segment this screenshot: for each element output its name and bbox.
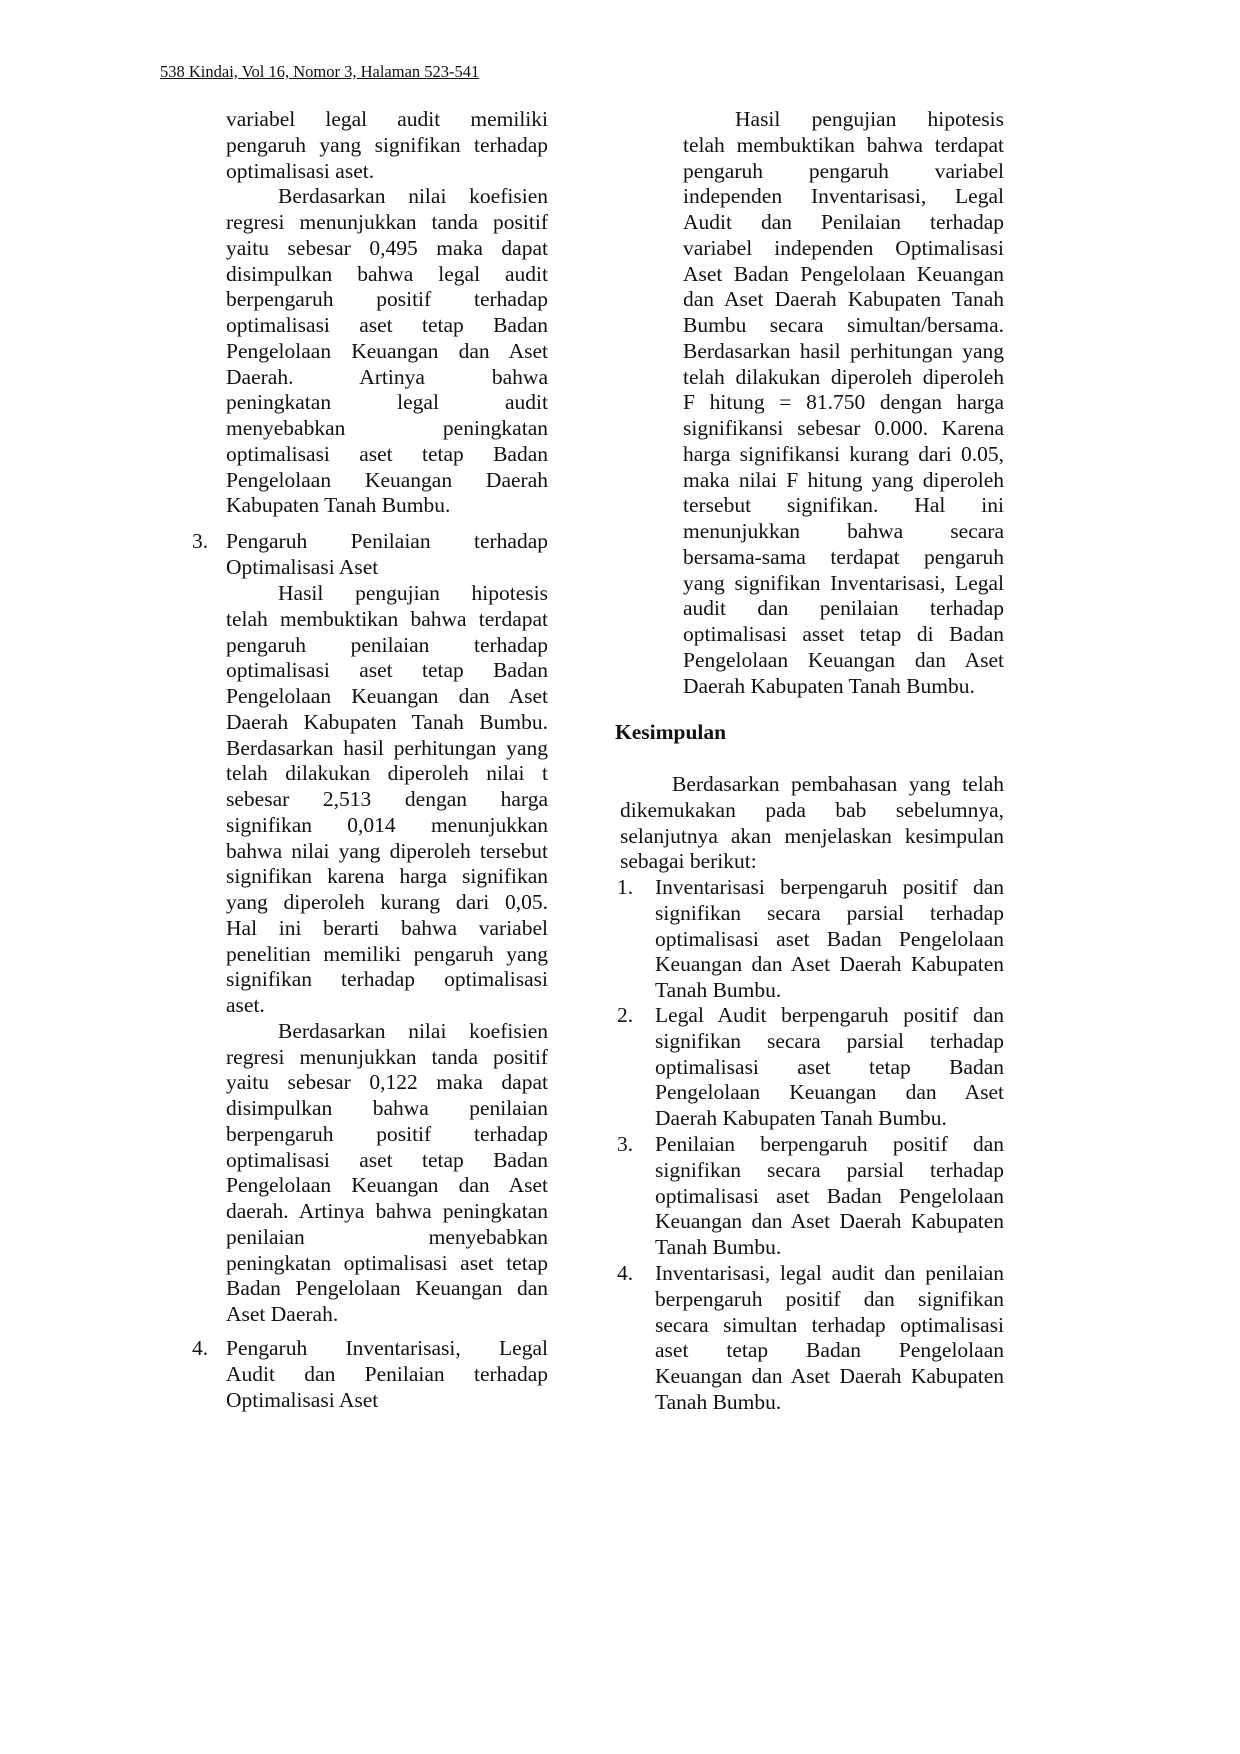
text-line: dikemukakan pada bab sebelumnya, — [620, 798, 1004, 824]
text-line: signifikansi sebesar 0.000. Karena — [683, 416, 1004, 442]
text-line: berpengaruh positif terhadap — [226, 287, 548, 313]
text-line: Daerah. Artinya bahwa — [226, 365, 548, 391]
list-number: 3. — [192, 529, 208, 555]
text-line: Audit dan Penilaian terhadap — [226, 1362, 548, 1388]
text-line: independen Inventarisasi, Legal — [683, 184, 1004, 210]
text-line: Pengaruh Penilaian terhadap — [226, 529, 548, 555]
conclusion-item-3: Penilaian berpengaruh positif dansignifi… — [655, 1132, 1004, 1261]
text-line: Aset Badan Pengelolaan Keuangan — [683, 262, 1004, 288]
text-line: signifikan karena harga signifikan — [226, 864, 548, 890]
text-line: yang signifikan Inventarisasi, Legal — [683, 571, 1004, 597]
text-line: Pengelolaan Keuangan Daerah — [226, 468, 548, 494]
text-line: Pengaruh Inventarisasi, Legal — [226, 1336, 548, 1362]
text-line: variabel legal audit memiliki — [226, 107, 548, 133]
text-line: signifikan secara parsial terhadap — [655, 901, 1004, 927]
text-line: Pengelolaan Keuangan dan Aset — [226, 339, 548, 365]
text-line: Pengelolaan Keuangan dan Aset — [226, 684, 548, 710]
text-line: signifikan 0,014 menunjukkan — [226, 813, 548, 839]
text-line: penelitian memiliki pengaruh yang — [226, 942, 548, 968]
text-line: disimpulkan bahwa legal audit — [226, 262, 548, 288]
text-line: optimalisasi aset Badan Pengelolaan — [655, 1184, 1004, 1210]
text-line: tersebut signifikan. Hal ini — [683, 493, 1004, 519]
text-line: regresi menunjukkan tanda positif — [226, 1045, 548, 1071]
text-line: optimalisasi aset tetap Badan — [226, 1148, 548, 1174]
text-line: Tanah Bumbu. — [655, 1235, 1004, 1261]
text-line: Keuangan dan Aset Daerah Kabupaten — [655, 952, 1004, 978]
text-line: yaitu sebesar 0,122 maka dapat — [226, 1070, 548, 1096]
text-line: Berdasarkan nilai koefisien — [226, 184, 548, 210]
text-line: Keuangan dan Aset Daerah Kabupaten — [655, 1209, 1004, 1235]
text-line: Daerah Kabupaten Tanah Bumbu. — [683, 674, 1004, 700]
left-continuation: variabel legal audit memilikipengaruh ya… — [226, 107, 548, 519]
text-line: Legal Audit berpengaruh positif dan — [655, 1003, 1004, 1029]
text-line: variabel independen Optimalisasi — [683, 236, 1004, 262]
right-continuation: Hasil pengujian hipotesistelah membuktik… — [683, 107, 1004, 699]
text-line: telah membuktikan bahwa terdapat — [683, 133, 1004, 159]
text-line: F hitung = 81.750 dengan harga — [683, 390, 1004, 416]
text-line: aset. — [226, 993, 548, 1019]
text-line: Tanah Bumbu. — [655, 1390, 1004, 1416]
list-number: 4. — [192, 1336, 208, 1362]
running-head: 538 Kindai, Vol 16, Nomor 3, Halaman 523… — [160, 62, 479, 82]
text-line: regresi menunjukkan tanda positif — [226, 210, 548, 236]
list-number: 3. — [617, 1132, 633, 1158]
text-line: yang diperoleh kurang dari 0,05. — [226, 890, 548, 916]
text-line: selanjutnya akan menjelaskan kesimpulan — [620, 824, 1004, 850]
item3-body: Hasil pengujian hipotesistelah membuktik… — [226, 581, 548, 1328]
text-line: aset tetap Badan Pengelolaan — [655, 1338, 1004, 1364]
text-line: maka nilai F hitung yang diperoleh — [683, 468, 1004, 494]
text-line: penilaian menyebabkan — [226, 1225, 548, 1251]
text-line: menunjukkan bahwa secara — [683, 519, 1004, 545]
conclusion-item-2: Legal Audit berpengaruh positif dansigni… — [655, 1003, 1004, 1132]
item4-title: Pengaruh Inventarisasi, LegalAudit dan P… — [226, 1336, 548, 1413]
text-line: menyebabkan peningkatan — [226, 416, 548, 442]
text-line: dan Aset Daerah Kabupaten Tanah — [683, 287, 1004, 313]
text-line: bersama-sama terdapat pengaruh — [683, 545, 1004, 571]
text-line: audit dan penilaian terhadap — [683, 596, 1004, 622]
text-line: signifikan secara parsial terhadap — [655, 1158, 1004, 1184]
text-line: telah membuktikan bahwa terdapat — [226, 607, 548, 633]
text-line: Audit dan Penilaian terhadap — [683, 210, 1004, 236]
text-line: Keuangan dan Aset Daerah Kabupaten — [655, 1364, 1004, 1390]
text-line: Inventarisasi, legal audit dan penilaian — [655, 1261, 1004, 1287]
conclusion-item-4: Inventarisasi, legal audit dan penilaian… — [655, 1261, 1004, 1416]
text-line: berpengaruh positif terhadap — [226, 1122, 548, 1148]
text-line: optimalisasi aset tetap Badan — [655, 1055, 1004, 1081]
text-line: harga signifikansi kurang dari 0.05, — [683, 442, 1004, 468]
text-line: Badan Pengelolaan Keuangan dan — [226, 1276, 548, 1302]
item3-title: Pengaruh Penilaian terhadapOptimalisasi … — [226, 529, 548, 581]
text-line: Daerah Kabupaten Tanah Bumbu. — [655, 1106, 1004, 1132]
text-line: telah dilakukan diperoleh diperoleh — [683, 365, 1004, 391]
text-line: Berdasarkan hasil perhitungan yang — [226, 736, 548, 762]
text-line: yaitu sebesar 0,495 maka dapat — [226, 236, 548, 262]
text-line: Berdasarkan hasil perhitungan yang — [683, 339, 1004, 365]
text-line: optimalisasi aset tetap Badan — [226, 442, 548, 468]
text-line: signifikan terhadap optimalisasi — [226, 967, 548, 993]
text-line: Optimalisasi Aset — [226, 555, 548, 581]
text-line: telah dilakukan diperoleh nilai t — [226, 761, 548, 787]
text-line: Pengelolaan Keuangan dan Aset — [655, 1080, 1004, 1106]
text-line: Aset Daerah. — [226, 1302, 548, 1328]
text-line: optimalisasi aset Badan Pengelolaan — [655, 927, 1004, 953]
text-line: pengaruh yang signifikan terhadap — [226, 133, 548, 159]
text-line: peningkatan legal audit — [226, 390, 548, 416]
text-line: pengaruh penilaian terhadap — [226, 633, 548, 659]
text-line: peningkatan optimalisasi aset tetap — [226, 1251, 548, 1277]
text-line: Kabupaten Tanah Bumbu. — [226, 493, 548, 519]
text-line: berpengaruh positif dan signifikan — [655, 1287, 1004, 1313]
text-line: bahwa nilai yang diperoleh tersebut — [226, 839, 548, 865]
text-line: optimalisasi aset. — [226, 159, 548, 185]
text-line: Hasil pengujian hipotesis — [226, 581, 548, 607]
text-line: Inventarisasi berpengaruh positif dan — [655, 875, 1004, 901]
text-line: Hasil pengujian hipotesis — [683, 107, 1004, 133]
conclusion-intro: Berdasarkan pembahasan yang telahdikemuk… — [620, 772, 1004, 875]
text-line: secara simultan terhadap optimalisasi — [655, 1313, 1004, 1339]
text-line: optimalisasi aset tetap Badan — [226, 658, 548, 684]
section-heading-kesimpulan: Kesimpulan — [615, 720, 726, 746]
list-number: 1. — [617, 875, 633, 901]
text-line: sebagai berikut: — [620, 849, 1004, 875]
text-line: disimpulkan bahwa penilaian — [226, 1096, 548, 1122]
text-line: Bumbu secara simultan/bersama. — [683, 313, 1004, 339]
text-line: signifikan secara parsial terhadap — [655, 1029, 1004, 1055]
list-number: 2. — [617, 1003, 633, 1029]
text-line: Optimalisasi Aset — [226, 1388, 548, 1414]
text-line: Tanah Bumbu. — [655, 978, 1004, 1004]
text-line: Daerah Kabupaten Tanah Bumbu. — [226, 710, 548, 736]
text-line: daerah. Artinya bahwa peningkatan — [226, 1199, 548, 1225]
list-number: 4. — [617, 1261, 633, 1287]
text-line: Pengelolaan Keuangan dan Aset — [226, 1173, 548, 1199]
text-line: Penilaian berpengaruh positif dan — [655, 1132, 1004, 1158]
text-line: optimalisasi aset tetap Badan — [226, 313, 548, 339]
text-line: Berdasarkan nilai koefisien — [226, 1019, 548, 1045]
text-line: Hal ini berarti bahwa variabel — [226, 916, 548, 942]
conclusion-item-1: Inventarisasi berpengaruh positif dansig… — [655, 875, 1004, 1004]
text-line: pengaruh pengaruh variabel — [683, 159, 1004, 185]
text-line: Pengelolaan Keuangan dan Aset — [683, 648, 1004, 674]
text-line: optimalisasi asset tetap di Badan — [683, 622, 1004, 648]
text-line: Berdasarkan pembahasan yang telah — [620, 772, 1004, 798]
text-line: sebesar 2,513 dengan harga — [226, 787, 548, 813]
